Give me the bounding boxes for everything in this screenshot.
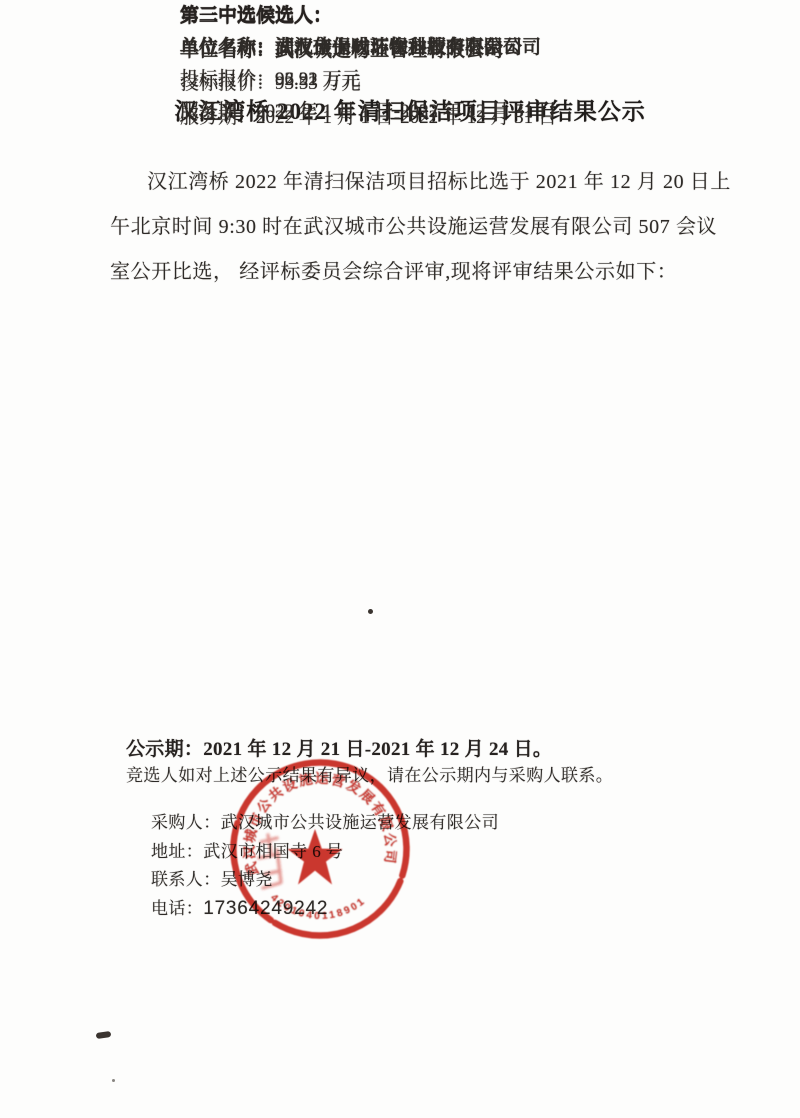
intro-line-3: 室公开比选， 经评标委员会综合评审,现将评审结果公示如下： — [110, 255, 677, 284]
purchaser-line: 采购人：武汉城市公共设施运营发展有限公司 — [151, 809, 499, 838]
scan-artifact-dot — [368, 609, 373, 614]
candidate-3-name-label: 单位名称： — [180, 37, 275, 58]
candidate-3-price-line: 投标报价：96.22 万元 — [180, 64, 557, 96]
phone-line: 电话：17364249242 — [151, 895, 499, 924]
phone-number: 17364249242 — [203, 898, 328, 919]
purchaser-label: 采购人： — [151, 813, 221, 832]
candidate-3-price-label: 投标报价： — [180, 69, 275, 90]
intro-line-1: 汉江湾桥 2022 年清扫保洁项目招标比选于 2021 年 12 月 20 日上 — [147, 165, 731, 194]
publicity-period-label: 公示期： — [126, 739, 203, 760]
scan-artifact-smudge — [96, 1031, 112, 1039]
contact-name: 吴博尧 — [221, 870, 273, 889]
address-label: 地址： — [151, 842, 203, 861]
publicity-period-value: 2021 年 12 月 21 日-2021 年 12 月 24 日。 — [203, 739, 552, 760]
candidate-3-period-line: 服务期：2022 年 1 月 1 日-2022 年 12 月 31 日 — [180, 96, 557, 128]
objection-instruction: 竞选人如对上述公示结果有异议，请在公示期内与采购人联系。 — [126, 761, 613, 786]
intro-line-2: 午北京时间 9:30 时在武汉城市公共设施运营发展有限公司 507 会议 — [110, 210, 717, 239]
candidate-3-name-line: 单位名称：湖北佳士成环保科技有限公司 — [180, 32, 557, 64]
contact-line: 联系人：吴博尧 — [151, 866, 499, 895]
publicity-period-line: 公示期：2021 年 12 月 21 日-2021 年 12 月 24 日。 — [126, 734, 552, 761]
candidate-3-price-value: 96.22 万元 — [275, 69, 361, 90]
candidate-3-rank-heading: 第三中选候选人： — [180, 0, 557, 32]
candidate-3-company-name: 湖北佳士成环保科技有限公司 — [275, 37, 522, 58]
address-line: 地址：武汉市相国寺 6 号 — [151, 838, 499, 867]
candidate-3-period-label: 服务期： — [180, 101, 256, 122]
scan-artifact-speck — [112, 1079, 115, 1082]
phone-label: 电话： — [151, 899, 203, 918]
address-value: 武汉市相国寺 6 号 — [203, 842, 343, 861]
purchaser-info-block: 采购人：武汉城市公共设施运营发展有限公司 地址：武汉市相国寺 6 号 联系人：吴… — [151, 809, 499, 923]
purchaser-name: 武汉城市公共设施运营发展有限公司 — [221, 813, 499, 832]
candidate-block-3: 第三中选候选人： 单位名称：湖北佳士成环保科技有限公司 投标报价：96.22 万… — [180, 0, 557, 128]
candidate-3-period-value: 2022 年 1 月 1 日-2022 年 12 月 31 日 — [256, 101, 557, 122]
document-page: 汉江湾桥 2022 年清扫保洁项目评审结果公示 汉江湾桥 2022 年清扫保洁项… — [0, 0, 800, 1118]
contact-label: 联系人： — [151, 870, 221, 889]
